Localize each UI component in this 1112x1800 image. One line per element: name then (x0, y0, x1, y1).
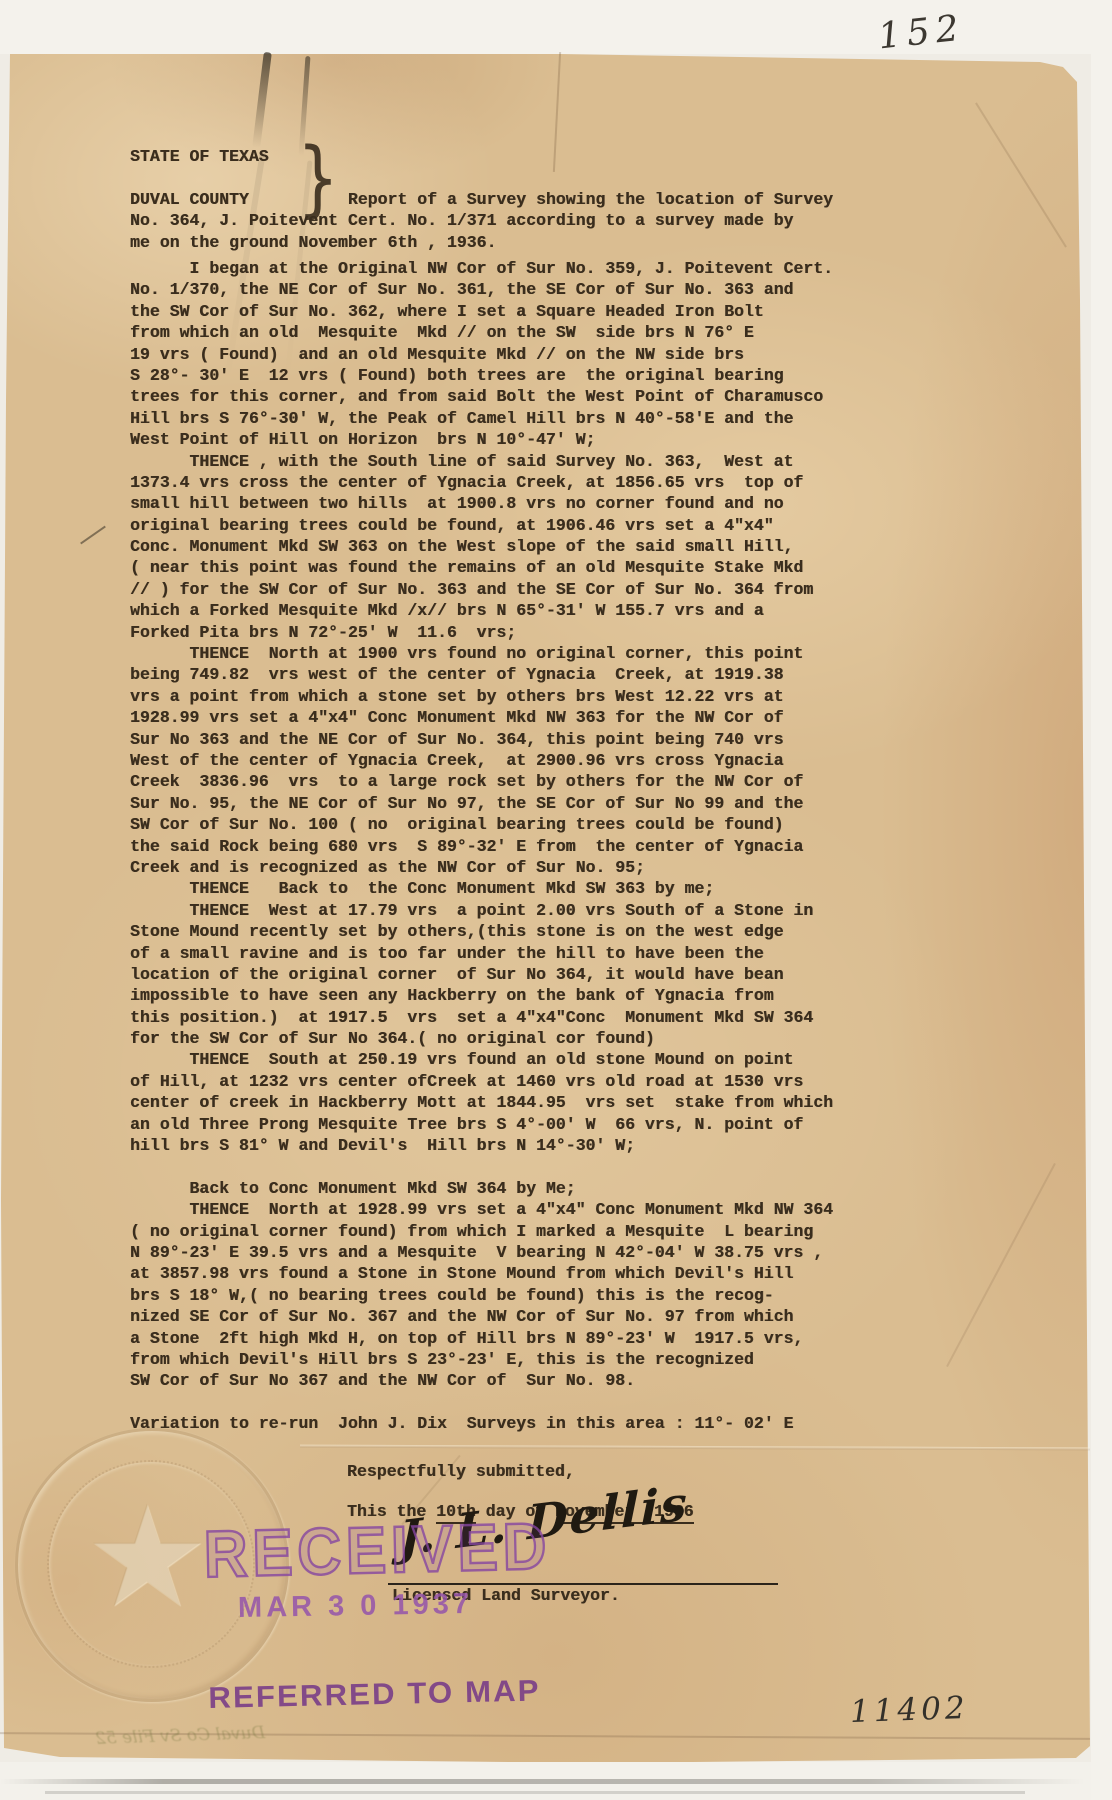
typed-text-line: S 28°- 30' E 12 vrs ( Found) both trees … (130, 365, 833, 386)
typed-text-line: Variation to re-run John J. Dix Surveys … (130, 1413, 833, 1434)
typed-text-line: STATE OF TEXAS (130, 146, 833, 167)
received-stamp: RECEIVED (203, 1507, 552, 1592)
typed-text-line: THENCE , with the South line of said Sur… (130, 451, 833, 472)
typed-text-line (130, 1156, 833, 1177)
typed-text-line: // ) for the SW Cor of Sur No. 363 and t… (130, 579, 833, 600)
typed-text-line: DUVAL COUNTY Report of a Survey showing … (130, 189, 833, 210)
typed-text-line: of a small ravine and is too far under t… (130, 943, 833, 964)
typed-text-line: of Hill, at 1232 vrs center ofCreek at 1… (130, 1071, 833, 1092)
typed-text-line: West of the center of Ygnacia Creek, at … (130, 750, 833, 771)
typed-text-line: THENCE North at 1900 vrs found no origin… (130, 643, 833, 664)
typed-text-line: the said Rock being 680 vrs S 89°-32' E … (130, 836, 833, 857)
typed-text-line: Conc. Monument Mkd SW 363 on the West sl… (130, 536, 833, 557)
typed-text-line: from which an old Mesquite Mkd // on the… (130, 322, 833, 343)
handwritten-file-number: 11402 (849, 1690, 969, 1730)
typed-text-line: No. 1/370, the NE Cor of Sur No. 361, th… (130, 279, 833, 300)
typed-text-line: which a Forked Mesquite Mkd /x// brs N 6… (130, 600, 833, 621)
typed-text-line: Hill brs S 76°-30' W, the Peak of Camel … (130, 408, 833, 429)
scanned-survey-report: ★ 152 11402 Duval Co Sv File 52 STATE OF… (0, 0, 1112, 1800)
typed-text-line: impossible to have seen any Hackberry on… (130, 985, 833, 1006)
typed-text-line: trees for this corner, and from said Bol… (130, 386, 833, 407)
typed-text-line: being 749.82 vrs west of the center of Y… (130, 664, 833, 685)
typed-text-line: location of the original corner of Sur N… (130, 964, 833, 985)
typed-text-line: SW Cor of Sur No 367 and the NW Cor of S… (130, 1370, 833, 1391)
received-date-stamp: MAR 3 0 1937 (238, 1588, 474, 1625)
header-brace: } (297, 130, 339, 226)
typed-text-line: from which Devil's Hill brs S 23°-23' E,… (130, 1349, 833, 1370)
typed-text-line: Sur No. 95, the NE Cor of Sur No 97, the… (130, 793, 833, 814)
document-header: STATE OF TEXASDUVAL COUNTY Report of a S… (130, 146, 833, 253)
typed-text-line: N 89°-23' E 39.5 vrs and a Mesquite V be… (130, 1242, 833, 1263)
typed-text-line (130, 1392, 833, 1413)
typed-text-line: an old Three Prong Mesquite Tree brs S 4… (130, 1114, 833, 1135)
scanner-background-right (1091, 0, 1112, 1800)
survey-report-body: I began at the Original NW Cor of Sur No… (130, 258, 833, 1434)
typed-text-line: 19 vrs ( Found) and an old Mesquite Mkd … (130, 344, 833, 365)
typed-text-line: hill brs S 81° W and Devil's Hill brs N … (130, 1135, 833, 1156)
embossed-seal-star-icon: ★ (84, 1478, 210, 1638)
typed-text-line: West Point of Hill on Horizon brs N 10°-… (130, 429, 833, 450)
typed-text-line: SW Cor of Sur No. 100 ( no original bear… (130, 814, 833, 835)
typed-text-line: Sur No 363 and the NE Cor of Sur No. 364… (130, 729, 833, 750)
typed-text-line: the SW Cor of Sur No. 362, where I set a… (130, 301, 833, 322)
scanner-shadow-line (0, 1779, 1085, 1784)
typed-text-line: THENCE South at 250.19 vrs found an old … (130, 1049, 833, 1070)
typed-text-line: brs S 18° W,( no bearing trees could be … (130, 1285, 833, 1306)
typed-text-line: THENCE Back to the Conc Monument Mkd SW … (130, 878, 833, 899)
typed-text-line (130, 167, 833, 188)
typed-text-line: THENCE North at 1928.99 vrs set a 4"x4" … (130, 1199, 833, 1220)
typed-text-line: vrs a point from which a stone set by ot… (130, 686, 833, 707)
typed-text-line: center of creek in Hackberry Mott at 184… (130, 1092, 833, 1113)
typed-text-line: a Stone 2ft high Mkd H, on top of Hill b… (130, 1328, 833, 1349)
typed-text-line: original bearing trees could be found, a… (130, 515, 833, 536)
typed-text-line: ( near this point was found the remains … (130, 557, 833, 578)
typed-text-line: I began at the Original NW Cor of Sur No… (130, 258, 833, 279)
typed-text-line: at 3857.98 vrs found a Stone in Stone Mo… (130, 1263, 833, 1284)
typed-text-line: me on the ground November 6th , 1936. (130, 232, 833, 253)
typed-text-line: this position.) at 1917.5 vrs set a 4"x4… (130, 1007, 833, 1028)
typed-text-line: Back to Conc Monument Mkd SW 364 by Me; (130, 1178, 833, 1199)
typed-text-line: for the SW Cor of Sur No 364.( no origin… (130, 1028, 833, 1049)
typed-text-line: Creek and is recognized as the NW Cor of… (130, 857, 833, 878)
typed-text-line: nized SE Cor of Sur No. 367 and the NW C… (130, 1306, 833, 1327)
typed-text-line: 1928.99 vrs set a 4"x4" Conc Monument Mk… (130, 707, 833, 728)
typed-text-line: small hill between two hills at 1900.8 v… (130, 493, 833, 514)
typed-text-line: THENCE West at 17.79 vrs a point 2.00 vr… (130, 900, 833, 921)
scanner-shadow-line-2 (45, 1791, 1025, 1794)
typed-text-line: ( no original corner found) from which I… (130, 1221, 833, 1242)
typed-text-line: 1373.4 vrs cross the center of Ygnacia C… (130, 472, 833, 493)
respectfully-submitted-line: Respectfully submitted, (347, 1462, 575, 1481)
typed-text-line: Forked Pita brs N 72°-25' W 11.6 vrs; (130, 622, 833, 643)
typed-text-line: Creek 3836.96 vrs to a large rock set by… (130, 771, 833, 792)
typed-text-line: No. 364, J. Poitevent Cert. No. 1/371 ac… (130, 210, 833, 231)
typed-text-line: Stone Mound recently set by others,(this… (130, 921, 833, 942)
